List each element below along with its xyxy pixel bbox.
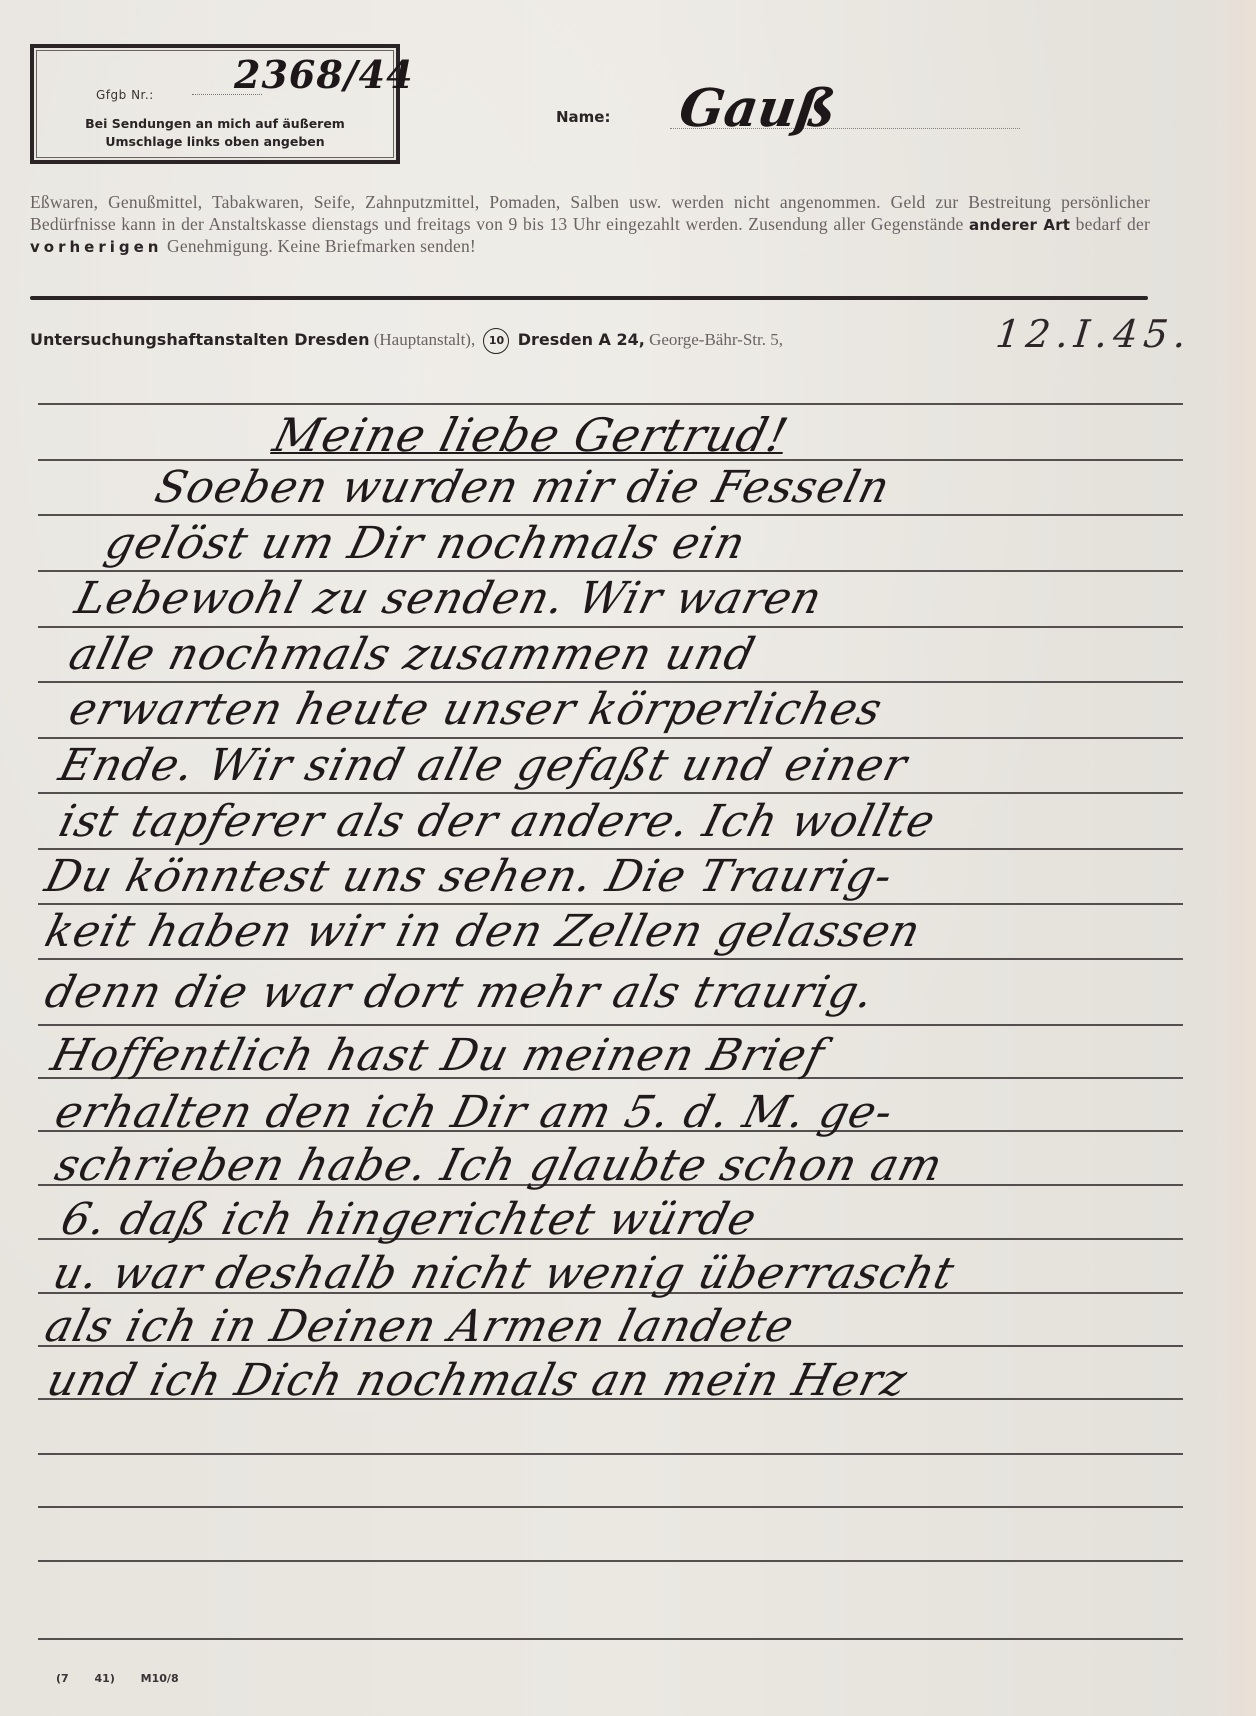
letter-date: 12.I.45.: [994, 312, 1195, 356]
regulations-notice: Eßwaren, Genußmittel, Tabakwaren, Seife,…: [30, 192, 1150, 259]
ruled-line: [38, 514, 1183, 516]
ruled-line: [38, 570, 1183, 572]
notice-bold-2: vorherigen: [30, 238, 162, 256]
institution-name: Untersuchungshaftanstalten Dresden: [30, 330, 369, 349]
institution-street: George-Bähr-Str. 5,: [649, 330, 783, 349]
ruled-line: [38, 626, 1183, 628]
ruled-line: [38, 903, 1183, 905]
name-label: Name:: [556, 108, 610, 126]
notice-text-2: bedarf der: [1076, 214, 1150, 234]
header-divider: [30, 296, 1148, 300]
letter-line: Soeben wurden mir die Fesseln: [150, 462, 895, 513]
letter-line: erwarten heute unser körperliches: [64, 684, 888, 735]
ruled-line: [38, 1506, 1183, 1508]
letter-line: als ich in Deinen Armen landete: [40, 1301, 800, 1352]
ruled-line: [38, 1453, 1183, 1455]
ruled-line: [38, 1638, 1183, 1640]
ruled-line: [38, 737, 1183, 739]
stamp-note-line1: Bei Sendungen an mich auf äußerem: [34, 116, 396, 131]
prisoner-number-label: Gfgb Nr.:: [96, 88, 154, 102]
letter-line: alle nochmals zusammen und: [64, 629, 761, 680]
ruled-line: [38, 1560, 1183, 1562]
letter-line: Du könntest uns sehen. Die Traurig-: [40, 851, 898, 902]
letter-page: Gfgb Nr.: 2368/44 Bei Sendungen an mich …: [0, 0, 1256, 1716]
letter-line: gelöst um Dir nochmals ein: [100, 518, 751, 569]
institution-address: Untersuchungshaftanstalten Dresden (Haup…: [30, 328, 783, 354]
letter-line: und ich Dich nochmals an mein Herz: [42, 1355, 913, 1406]
ruled-line: [38, 1024, 1183, 1026]
institution-city: Dresden A 24,: [518, 330, 645, 349]
letter-line: erhalten den ich Dir am 5. d. M. ge-: [50, 1087, 899, 1138]
prisoner-number-value: 2368/44: [234, 52, 414, 97]
letter-line: Hoffentlich hast Du meinen Brief: [46, 1030, 830, 1081]
ruled-line: [38, 848, 1183, 850]
letter-line: ist tapferer als der andere. Ich wollte: [54, 796, 941, 847]
letter-line: Lebewohl zu senden. Wir waren: [70, 573, 828, 624]
letter-line: 6. daß ich hingerichtet würde: [56, 1194, 762, 1245]
letter-line: denn die war dort mehr als traurig.: [40, 967, 880, 1018]
institution-subtitle: (Hauptanstalt),: [374, 330, 476, 349]
ruled-line: [38, 958, 1183, 960]
notice-text-3: Genehmigung. Keine Briefmarken senden!: [167, 236, 476, 256]
name-signature: Gauß: [676, 78, 840, 139]
form-print-code: (7 41) M10/8: [56, 1672, 179, 1685]
stamp-note-line2: Umschlage links oben angeben: [34, 134, 396, 149]
ruled-line: [38, 681, 1183, 683]
letter-line: schrieben habe. Ich glaubte schon am: [50, 1140, 948, 1191]
ruled-line: [38, 403, 1183, 405]
letter-salutation: Meine liebe Gertrud!: [268, 408, 794, 462]
prisoner-number-box: Gfgb Nr.: 2368/44 Bei Sendungen an mich …: [30, 44, 400, 164]
postcode-circle: 10: [483, 328, 509, 354]
letter-line: u. war deshalb nicht wenig überrascht: [48, 1248, 960, 1299]
letter-line: keit haben wir in den Zellen gelassen: [40, 906, 926, 957]
ruled-line: [38, 792, 1183, 794]
notice-bold-1: anderer Art: [969, 216, 1070, 234]
letter-line: Ende. Wir sind alle gefaßt und einer: [54, 740, 913, 791]
